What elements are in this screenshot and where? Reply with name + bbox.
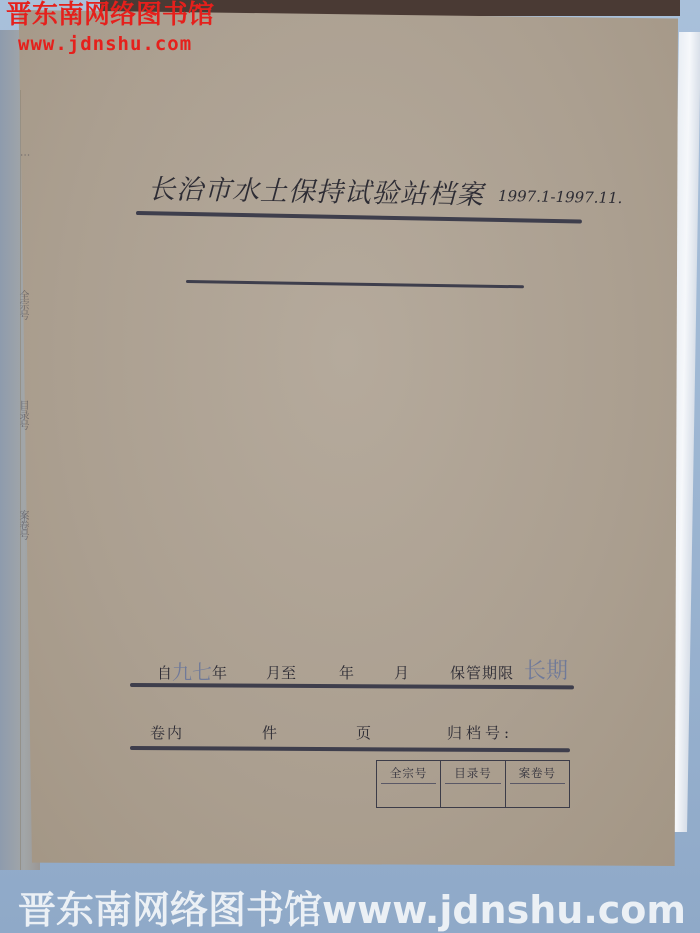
retention-stamp: 长期 — [524, 654, 568, 685]
fonds-number-value — [377, 785, 440, 805]
year-label-2: 年 — [339, 662, 354, 683]
month-to-label: 月至 — [266, 662, 296, 683]
archive-number-table: 全宗号 目录号 案卷号 — [376, 760, 570, 808]
archive-number-label: 归档号: — [447, 722, 513, 743]
cell-divider — [381, 783, 436, 784]
watermark-url: www.jdnshu.com — [18, 34, 192, 54]
file-number-value — [506, 785, 569, 805]
spine-mark: 全宗号 — [22, 290, 30, 320]
volume-label: 卷内 — [150, 722, 184, 743]
cover-fold-line — [20, 90, 31, 870]
spine-mark: 目录号 — [22, 400, 30, 430]
month-label-2: 月 — [394, 662, 409, 683]
spine-mark: 案卷号 — [22, 510, 30, 540]
catalog-number-cell: 目录号 — [441, 761, 505, 807]
pages-label: 页 — [356, 722, 371, 743]
file-number-label: 案卷号 — [506, 761, 569, 781]
fonds-number-label: 全宗号 — [377, 761, 440, 781]
spine-mark: ⋮ — [22, 150, 30, 160]
file-number-cell: 案卷号 — [506, 761, 569, 807]
catalog-number-value — [441, 785, 504, 805]
archive-folder-cover — [12, 10, 678, 866]
watermark-library-name: 晋东南网络图书馆 — [6, 0, 214, 30]
from-year-stamp: 九七 — [172, 656, 212, 685]
cell-divider — [510, 783, 565, 784]
handwritten-title: 长治市水土保持试验站档案 — [148, 167, 485, 212]
watermark-bottom-banner: 晋东南网络图书馆www.jdnshu.com — [18, 887, 686, 933]
from-label: 自 — [157, 662, 172, 683]
year-label: 年 — [212, 662, 227, 683]
fonds-number-cell: 全宗号 — [377, 761, 441, 807]
cell-divider — [445, 783, 500, 784]
items-label: 件 — [262, 722, 277, 743]
catalog-number-label: 目录号 — [441, 761, 504, 781]
retention-label: 保管期限 — [450, 662, 514, 683]
handwritten-date-range: 1997.1-1997.11. — [498, 187, 623, 207]
